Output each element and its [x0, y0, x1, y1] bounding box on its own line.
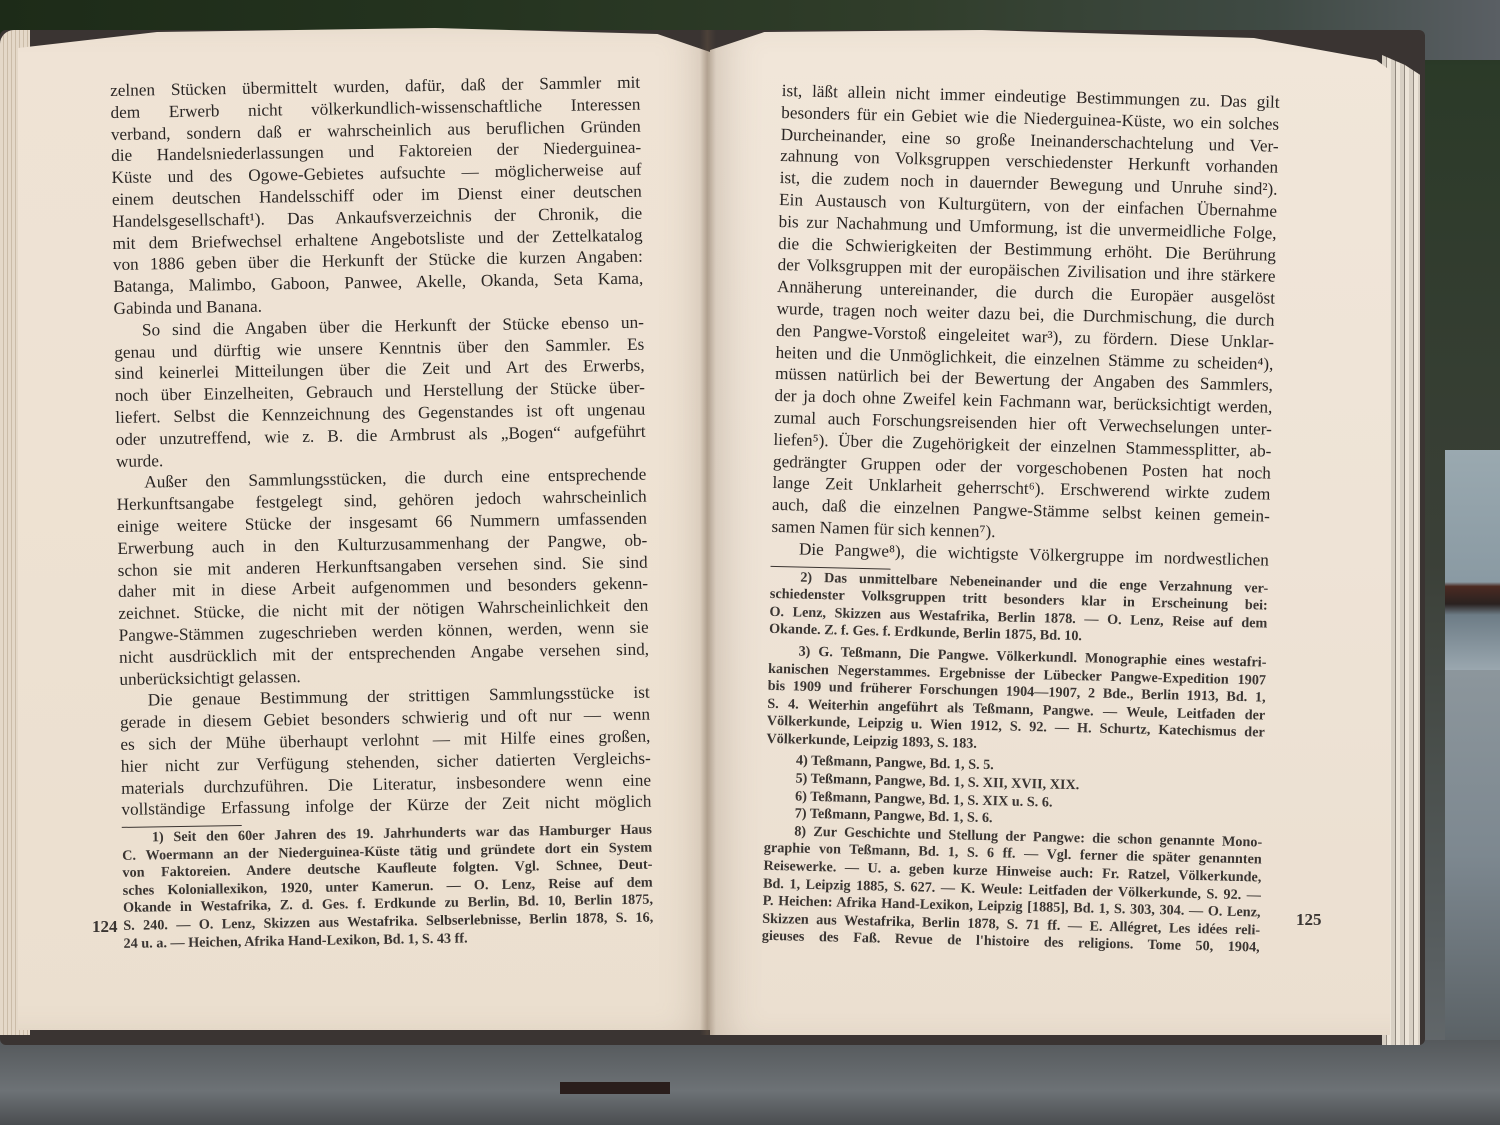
background-ledge — [1445, 450, 1500, 670]
right-page-text: ist, läßt allein nicht immer eindeutige … — [762, 80, 1280, 957]
page-number-left: 124 — [92, 917, 118, 937]
page-number-right: 125 — [1296, 910, 1322, 930]
photo-scene: zelnen Stücken übermittelt wurden, dafür… — [0, 0, 1500, 1125]
book-gutter — [700, 30, 716, 1035]
left-page-text: zelnen Stücken übermittelt wurden, dafür… — [110, 72, 654, 953]
background-ground — [0, 1040, 1500, 1125]
book-spine-bottom — [560, 1082, 670, 1094]
background-ledge-lower — [1445, 670, 1500, 1040]
